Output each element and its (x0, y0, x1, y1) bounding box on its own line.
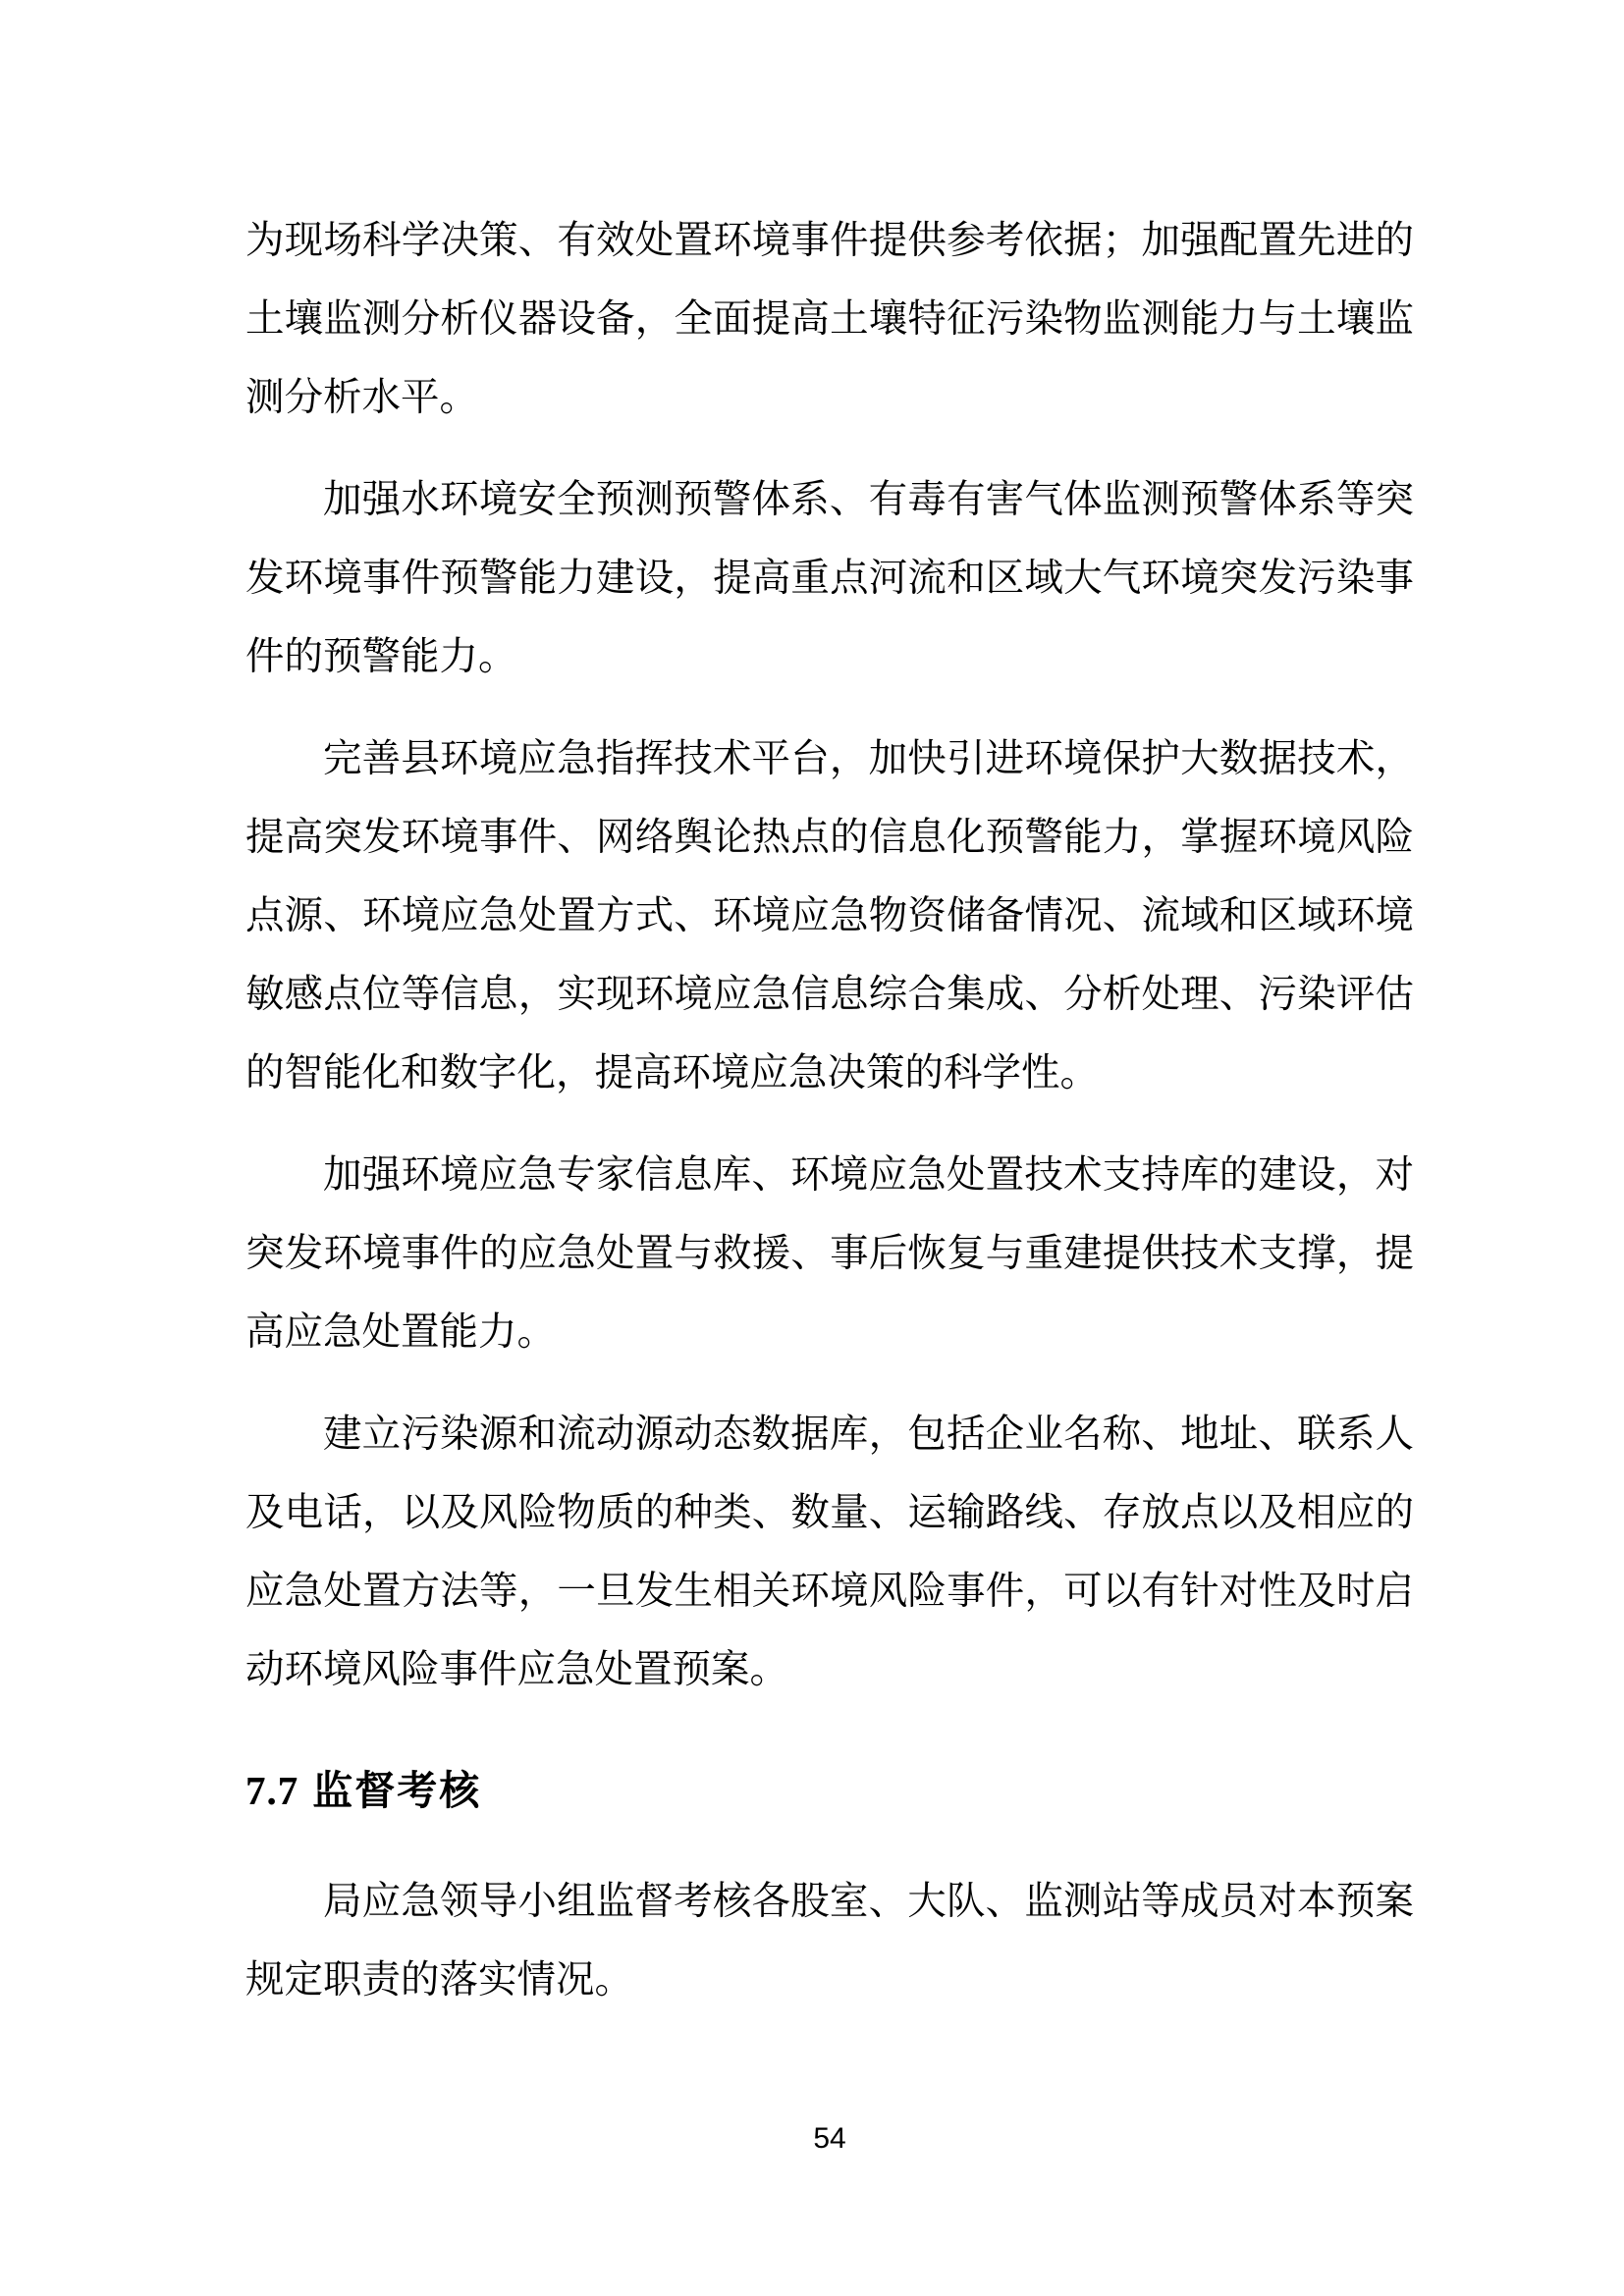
page-number: 54 (245, 2119, 1414, 2159)
paragraph-water-warning-system: 加强水环境安全预测预警体系、有毒有害气体监测预警体系等突发环境事件预警能力建设，… (245, 460, 1414, 696)
paragraph-expert-database: 加强环境应急专家信息库、环境应急处置技术支持库的建设，对突发环境事件的应急处置与… (245, 1136, 1414, 1371)
paragraph-soil-monitoring: 为现场科学决策、有效处置环境事件提供参考依据；加强配置先进的土壤监测分析仪器设备… (245, 201, 1414, 437)
paragraph-emergency-command-platform: 完善县环境应急指挥技术平台，加快引进环境保护大数据技术，提高突发环境事件、网络舆… (245, 720, 1414, 1112)
text-block: 为现场科学决策、有效处置环境事件提供参考依据；加强配置先进的土壤监测分析仪器设备… (245, 0, 1414, 2159)
section-number: 7.7 (245, 1768, 298, 1813)
section-title: 监督考核 (312, 1768, 481, 1813)
paragraph-supervision-assessment: 局应急领导小组监督考核各股室、大队、监测站等成员对本预案规定职责的落实情况。 (245, 1862, 1414, 2019)
paragraph-pollution-source-database: 建立污染源和流动源动态数据库，包括企业名称、地址、联系人及电话，以及风险物质的种… (245, 1395, 1414, 1709)
section-heading: 7.7监督考核 (245, 1746, 1414, 1835)
document-page: 为现场科学决策、有效处置环境事件提供参考依据；加强配置先进的土壤监测分析仪器设备… (0, 0, 1624, 2296)
